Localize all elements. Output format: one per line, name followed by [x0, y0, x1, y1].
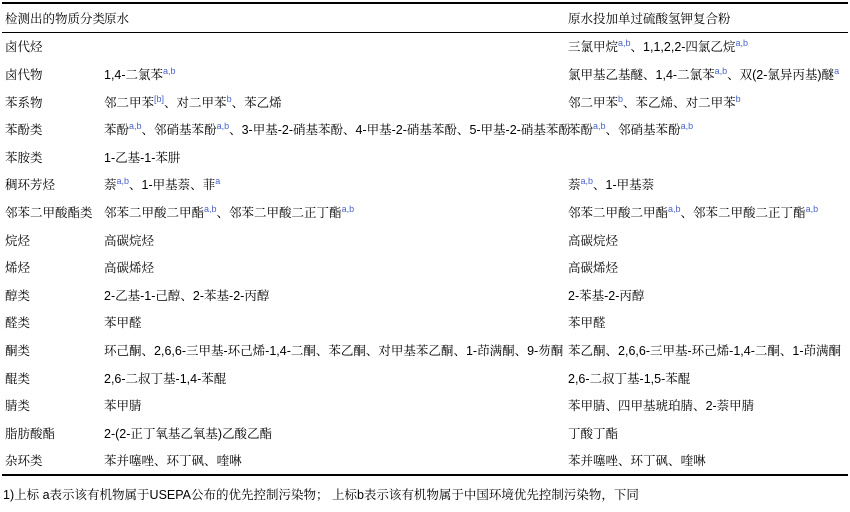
substance: 1,4-二氯苯: [104, 68, 163, 82]
category-cell: 脂肪酸酯: [2, 419, 104, 447]
substance: 5-甲基-2-硝基苯酚: [469, 123, 570, 137]
substance: 苯乙烯: [244, 96, 282, 110]
substance-superscript: b: [736, 93, 741, 103]
substance: 对二甲苯: [177, 96, 227, 110]
table-row: 苯胺类1-乙基-1-苯肼: [2, 143, 848, 171]
table-row: 稠环芳烃萘a,b、1-甲基萘、菲a萘a,b、1-甲基萘: [2, 171, 848, 199]
treated-water-cell: 苯并噻唑、环丁砜、喹啉: [568, 447, 848, 476]
substance: 对甲基苯乙酮: [378, 344, 453, 358]
table-row: 苯系物邻二甲苯[b]、对二甲苯b、苯乙烯邻二甲苯b、苯乙烯、对二甲苯b: [2, 88, 848, 116]
substance-superscript: a,b: [204, 204, 217, 214]
raw-water-cell: 邻苯二甲酸二甲酯a,b、邻苯二甲酸二正丁酯a,b: [104, 198, 568, 226]
substance: 2-苯基-2-丙醇: [193, 289, 269, 303]
substance: 双(2-氯异丙基)醚: [740, 68, 834, 82]
substance: 邻苯二甲酸二甲酯: [104, 206, 204, 220]
substance-superscript: a,b: [715, 66, 728, 76]
substance: 2-苯基-2-丙醇: [568, 289, 644, 303]
raw-water-cell: 2,6-二叔丁基-1,4-苯醌: [104, 364, 568, 392]
substance: 1-甲基萘: [142, 178, 191, 192]
table-body: 卤代烃三氯甲烷a,b、1,1,2,2-四氯乙烷a,b卤代物1,4-二氯苯a,b氯…: [2, 32, 848, 475]
substance: 高碳烷烃: [104, 234, 154, 248]
treated-water-cell: 苯乙酮、2,6,6-三甲基-环己烯-1,4-二酮、1-茚满酮: [568, 336, 848, 364]
substance: 喹啉: [681, 454, 706, 468]
table-row: 卤代物1,4-二氯苯a,b氯甲基乙基醚、1,4-二氯苯a,b、双(2-氯异丙基)…: [2, 60, 848, 88]
table-row: 杂环类苯并噻唑、环丁砜、喹啉苯并噻唑、环丁砜、喹啉: [2, 447, 848, 476]
substance: 环己酮: [104, 344, 142, 358]
treated-water-cell: 高碳烯烃: [568, 253, 848, 281]
substance-superscript: a,b: [681, 121, 694, 131]
substances-table: 检测出的物质分类 原水 原水投加单过硫酸氢钾复合粉 卤代烃三氯甲烷a,b、1,1…: [2, 2, 848, 476]
treated-water-cell: 邻苯二甲酸二甲酯a,b、邻苯二甲酸二正丁酯a,b: [568, 198, 848, 226]
substance: 邻二甲苯: [104, 96, 154, 110]
substance-superscript: a: [215, 176, 220, 186]
substance-superscript: a,b: [342, 204, 355, 214]
header-row: 检测出的物质分类 原水 原水投加单过硫酸氢钾复合粉: [2, 3, 848, 32]
category-cell: 苯系物: [2, 88, 104, 116]
treated-water-cell: 苯甲腈、四甲基琥珀腈、2-萘甲腈: [568, 391, 848, 419]
treated-water-cell: 2,6-二叔丁基-1,5-苯醌: [568, 364, 848, 392]
raw-water-cell: 2-乙基-1-己醇、2-苯基-2-丙醇: [104, 281, 568, 309]
substance-superscript: a,b: [593, 121, 606, 131]
category-cell: 苯胺类: [2, 143, 104, 171]
substance: 苯甲腈: [104, 399, 142, 413]
treated-water-cell: 丁酸丁酯: [568, 419, 848, 447]
substance: 2,6-二叔丁基-1,5-苯醌: [568, 372, 690, 386]
category-cell: 苯酚类: [2, 115, 104, 143]
category-cell: 卤代物: [2, 60, 104, 88]
table-row: 烷烃高碳烷烃高碳烷烃: [2, 226, 848, 254]
table-row: 卤代烃三氯甲烷a,b、1,1,2,2-四氯乙烷a,b: [2, 32, 848, 60]
substance: 四甲基琥珀腈: [618, 399, 693, 413]
substance-superscript: a,b: [217, 121, 230, 131]
table-row: 腈类苯甲腈苯甲腈、四甲基琥珀腈、2-萘甲腈: [2, 391, 848, 419]
raw-water-cell: 2-(2-正丁氧基乙氧基)乙酸乙酯: [104, 419, 568, 447]
raw-water-cell: 高碳烷烃: [104, 226, 568, 254]
substance: 菲: [203, 178, 216, 192]
treated-water-cell: 萘a,b、1-甲基萘: [568, 171, 848, 199]
substance-superscript: a,b: [163, 66, 176, 76]
substance: 4-甲基-2-硝基苯酚: [356, 123, 457, 137]
substance-superscript: b: [227, 93, 232, 103]
substance: 苯并噻唑: [104, 454, 154, 468]
substance: 2-萘甲腈: [706, 399, 755, 413]
category-cell: 酮类: [2, 336, 104, 364]
table-header: 检测出的物质分类 原水 原水投加单过硫酸氢钾复合粉: [2, 3, 848, 32]
substance: 1,1,2,2-四氯乙烷: [643, 40, 735, 54]
substance: 邻硝基苯酚: [618, 123, 681, 137]
substance: 苯乙酮: [568, 344, 606, 358]
raw-water-cell: 苯酚a,b、邻硝基苯酚a,b、3-甲基-2-硝基苯酚、4-甲基-2-硝基苯酚、5…: [104, 115, 568, 143]
substance: 三氯甲烷: [568, 40, 618, 54]
category-cell: 醌类: [2, 364, 104, 392]
substance: 邻苯二甲酸二甲酯: [568, 206, 668, 220]
substance-superscript: a,b: [581, 176, 594, 186]
header-category: 检测出的物质分类: [2, 3, 104, 32]
header-treated-water: 原水投加单过硫酸氢钾复合粉: [568, 3, 848, 32]
substance-superscript: a,b: [618, 38, 631, 48]
substance: 2-(2-正丁氧基乙氧基)乙酸乙酯: [104, 427, 272, 441]
substance: 对二甲苯: [686, 96, 736, 110]
table-row: 脂肪酸酯2-(2-正丁氧基乙氧基)乙酸乙酯丁酸丁酯: [2, 419, 848, 447]
header-raw-water: 原水: [104, 3, 568, 32]
treated-water-cell: 三氯甲烷a,b、1,1,2,2-四氯乙烷a,b: [568, 32, 848, 60]
substance: 1,4-二氯苯: [656, 68, 715, 82]
treated-water-cell: 2-苯基-2-丙醇: [568, 281, 848, 309]
substance: 苯酚: [104, 123, 129, 137]
raw-water-cell: 邻二甲苯[b]、对二甲苯b、苯乙烯: [104, 88, 568, 116]
substance-superscript: a,b: [806, 204, 819, 214]
substance: 2-乙基-1-己醇: [104, 289, 180, 303]
substance: 苯甲醛: [104, 316, 142, 330]
substance: 苯乙烯: [636, 96, 674, 110]
substance: 3-甲基-2-硝基苯酚: [242, 123, 343, 137]
substance: 苯并噻唑: [568, 454, 618, 468]
substance: 环丁砜: [167, 454, 205, 468]
substance: 1-甲基萘: [606, 178, 655, 192]
substance: 苯甲腈: [568, 399, 606, 413]
substance-superscript: a,b: [129, 121, 142, 131]
substance: 2,6-二叔丁基-1,4-苯醌: [104, 372, 226, 386]
substance: 苯乙酮: [328, 344, 366, 358]
table-row: 醛类苯甲醛苯甲醛: [2, 309, 848, 337]
document-page: 检测出的物质分类 原水 原水投加单过硫酸氢钾复合粉 卤代烃三氯甲烷a,b、1,1…: [0, 0, 850, 512]
substance: 高碳烷烃: [568, 234, 618, 248]
category-cell: 腈类: [2, 391, 104, 419]
table-row: 酮类环己酮、2,6,6-三甲基-环己烯-1,4-二酮、苯乙酮、对甲基苯乙酮、1-…: [2, 336, 848, 364]
treated-water-cell: [568, 143, 848, 171]
substance: 氯甲基乙基醚: [568, 68, 643, 82]
category-cell: 烯烃: [2, 253, 104, 281]
raw-water-cell: 苯并噻唑、环丁砜、喹啉: [104, 447, 568, 476]
substance-superscript: [b]: [154, 93, 164, 103]
substance: 高碳烯烃: [104, 261, 154, 275]
substance-superscript: a: [834, 66, 839, 76]
substance: 邻苯二甲酸二正丁酯: [693, 206, 806, 220]
treated-water-cell: 高碳烷烃: [568, 226, 848, 254]
category-cell: 醇类: [2, 281, 104, 309]
treated-water-cell: 氯甲基乙基醚、1,4-二氯苯a,b、双(2-氯异丙基)醚a: [568, 60, 848, 88]
substance: 邻二甲苯: [568, 96, 618, 110]
treated-water-cell: 苯酚a,b、邻硝基苯酚a,b: [568, 115, 848, 143]
category-cell: 烷烃: [2, 226, 104, 254]
substance: 1-茚满酮: [466, 344, 515, 358]
table-row: 醇类2-乙基-1-己醇、2-苯基-2-丙醇2-苯基-2-丙醇: [2, 281, 848, 309]
category-cell: 卤代烃: [2, 32, 104, 60]
raw-water-cell: 高碳烯烃: [104, 253, 568, 281]
substance: 9-芴酮: [527, 344, 563, 358]
category-cell: 醛类: [2, 309, 104, 337]
substance: 高碳烯烃: [568, 261, 618, 275]
raw-water-cell: [104, 32, 568, 60]
raw-water-cell: 环己酮、2,6,6-三甲基-环己烯-1,4-二酮、苯乙酮、对甲基苯乙酮、1-茚满…: [104, 336, 568, 364]
substance: 1-茚满酮: [792, 344, 841, 358]
substance: 邻苯二甲酸二正丁酯: [229, 206, 342, 220]
substance: 喹啉: [217, 454, 242, 468]
substance-superscript: a,b: [735, 38, 748, 48]
substance: 苯甲醛: [568, 316, 606, 330]
footnote: 1)上标 a表示该有机物属于USEPA公布的优先控制污染物； 上标b表示该有机物…: [3, 485, 848, 503]
substance: 丁酸丁酯: [568, 427, 618, 441]
substance-superscript: b: [618, 93, 623, 103]
substance: 萘: [104, 178, 117, 192]
substance: 2,6,6-三甲基-环己烯-1,4-二酮: [154, 344, 316, 358]
raw-water-cell: 1-乙基-1-苯肼: [104, 143, 568, 171]
raw-water-cell: 苯甲腈: [104, 391, 568, 419]
table-row: 苯酚类苯酚a,b、邻硝基苯酚a,b、3-甲基-2-硝基苯酚、4-甲基-2-硝基苯…: [2, 115, 848, 143]
substance: 1-乙基-1-苯肼: [104, 151, 180, 165]
substance: 2,6,6-三甲基-环己烯-1,4-二酮: [618, 344, 780, 358]
substance-superscript: a,b: [668, 204, 681, 214]
category-cell: 杂环类: [2, 447, 104, 476]
treated-water-cell: 邻二甲苯b、苯乙烯、对二甲苯b: [568, 88, 848, 116]
table-row: 烯烃高碳烯烃高碳烯烃: [2, 253, 848, 281]
substance: 萘: [568, 178, 581, 192]
category-cell: 邻苯二甲酸酯类: [2, 198, 104, 226]
category-cell: 稠环芳烃: [2, 171, 104, 199]
substance-superscript: a,b: [117, 176, 130, 186]
raw-water-cell: 苯甲醛: [104, 309, 568, 337]
substance: 邻硝基苯酚: [154, 123, 217, 137]
raw-water-cell: 1,4-二氯苯a,b: [104, 60, 568, 88]
substance: 苯酚: [568, 123, 593, 137]
treated-water-cell: 苯甲醛: [568, 309, 848, 337]
table-row: 醌类2,6-二叔丁基-1,4-苯醌2,6-二叔丁基-1,5-苯醌: [2, 364, 848, 392]
raw-water-cell: 萘a,b、1-甲基萘、菲a: [104, 171, 568, 199]
table-row: 邻苯二甲酸酯类邻苯二甲酸二甲酯a,b、邻苯二甲酸二正丁酯a,b邻苯二甲酸二甲酯a…: [2, 198, 848, 226]
substance: 环丁砜: [631, 454, 669, 468]
